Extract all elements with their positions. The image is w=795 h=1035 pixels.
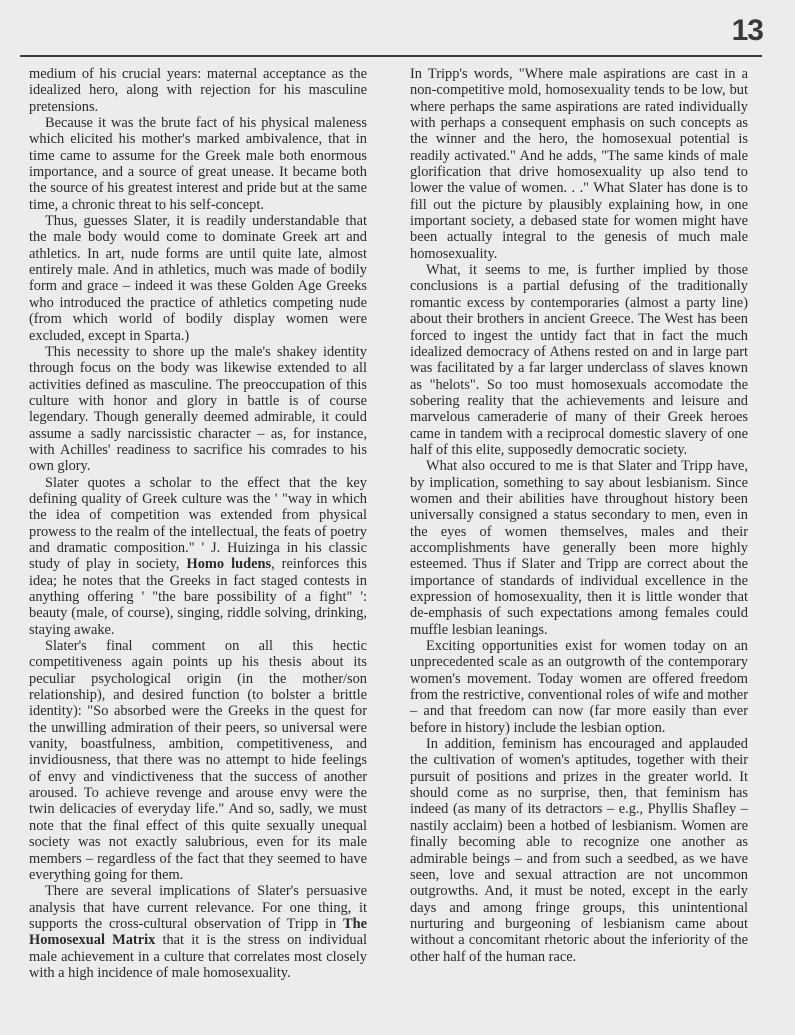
left-column: medium of his crucial years: maternal ac… xyxy=(29,66,367,981)
paragraph: Thus, guesses Slater, it is readily unde… xyxy=(29,213,367,344)
book-title-homo-ludens: Homo ludens xyxy=(187,556,272,572)
paragraph: Slater's final comment on all this hecti… xyxy=(29,638,367,883)
right-column: In Tripp's words, "Where male aspiration… xyxy=(410,66,748,965)
paragraph: This necessity to shore up the male's sh… xyxy=(29,344,367,475)
paragraph: What also occured to me is that Slater a… xyxy=(410,458,748,638)
paragraph: Slater quotes a scholar to the effect th… xyxy=(29,475,367,638)
paragraph: In Tripp's words, "Where male aspiration… xyxy=(410,66,748,262)
paragraph: medium of his crucial years: maternal ac… xyxy=(29,66,367,115)
header-rule xyxy=(20,55,762,57)
paragraph: Because it was the brute fact of his phy… xyxy=(29,115,367,213)
text-run: There are several implications of Slater… xyxy=(29,883,367,932)
paragraph: What, it seems to me, is further implied… xyxy=(410,262,748,458)
paragraph: Exciting opportunities exist for women t… xyxy=(410,638,748,736)
paragraph: There are several implications of Slater… xyxy=(29,883,367,981)
page-number: 13 xyxy=(732,14,763,48)
paragraph: In addition, feminism has encouraged and… xyxy=(410,736,748,965)
